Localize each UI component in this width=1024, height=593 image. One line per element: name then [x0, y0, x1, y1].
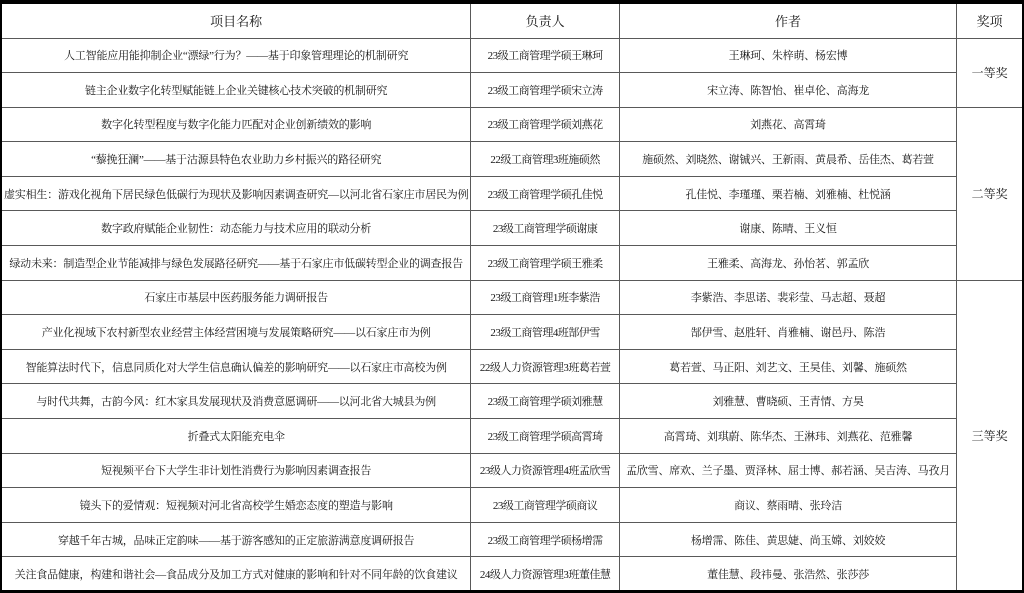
col-header-award: 奖项 [957, 2, 1023, 38]
leader-cell: 23级人力资源管理4班孟欣雪 [471, 453, 620, 488]
authors-cell: 商议、蔡雨晴、张玲洁 [619, 488, 956, 523]
table-row: 镜头下的爱情观：短视频对河北省高校学生婚恋态度的塑造与影响23级工商管理学硕商议… [1, 488, 1023, 523]
project-cell: “藜挽狂澜”——基于沽源县特色农业助力乡村振兴的路径研究 [1, 142, 471, 177]
table-row: “藜挽狂澜”——基于沽源县特色农业助力乡村振兴的路径研究22级工商管理3班施硕然… [1, 142, 1023, 177]
project-cell: 智能算法时代下，信息同质化对大学生信息确认偏差的影响研究——以石家庄市高校为例 [1, 349, 471, 384]
leader-cell: 22级工商管理3班施硕然 [471, 142, 620, 177]
project-cell: 数字化转型程度与数字化能力匹配对企业创新绩效的影响 [1, 107, 471, 142]
leader-cell: 23级工商管理学硕王琳珂 [471, 38, 620, 73]
authors-cell: 刘雅慧、曹晓硕、王青情、方昊 [619, 384, 956, 419]
authors-cell: 杨增霈、陈佳、黄思婕、尚玉嫦、刘姣姣 [619, 522, 956, 557]
table-row: 短视频平台下大学生非计划性消费行为影响因素调查报告23级人力资源管理4班孟欣雪孟… [1, 453, 1023, 488]
col-header-project: 项目名称 [1, 2, 471, 38]
project-cell: 穿越千年古城，品味正定韵味——基于游客感知的正定旅游满意度调研报告 [1, 522, 471, 557]
authors-cell: 刘燕花、高霄琦 [619, 107, 956, 142]
project-cell: 镜头下的爱情观：短视频对河北省高校学生婚恋态度的塑造与影响 [1, 488, 471, 523]
table-row: 与时代共舞，古韵今风：红木家具发展现状及消费意愿调研——以河北省大城县为例23级… [1, 384, 1023, 419]
col-header-leader: 负责人 [471, 2, 620, 38]
authors-cell: 李紫浩、李思诺、裴彩莹、马志超、聂超 [619, 280, 956, 315]
award-cell: 二等奖 [957, 107, 1023, 280]
leader-cell: 22级人力资源管理3班葛若萱 [471, 349, 620, 384]
authors-cell: 施硕然、刘晓然、谢铖兴、王新雨、黄晨希、岳佳杰、葛若萱 [619, 142, 956, 177]
awards-table: 项目名称负责人作者奖项 人工智能应用能抑制企业“漂绿”行为？——基于印象管理理论… [0, 0, 1024, 593]
authors-cell: 王雅柔、高海龙、孙怡茗、郭孟欣 [619, 246, 956, 281]
project-cell: 与时代共舞，古韵今风：红木家具发展现状及消费意愿调研——以河北省大城县为例 [1, 384, 471, 419]
leader-cell: 23级工商管理学硕谢康 [471, 211, 620, 246]
col-header-authors: 作者 [619, 2, 956, 38]
authors-cell: 葛若萱、马正阳、刘艺文、王昊佳、刘馨、施硕然 [619, 349, 956, 384]
table-row: 数字化转型程度与数字化能力匹配对企业创新绩效的影响23级工商管理学硕刘燕花刘燕花… [1, 107, 1023, 142]
table-row: 人工智能应用能抑制企业“漂绿”行为？——基于印象管理理论的机制研究23级工商管理… [1, 38, 1023, 73]
project-cell: 绿动未来：制造型企业节能减排与绿色发展路径研究——基于石家庄市低碳转型企业的调查… [1, 246, 471, 281]
leader-cell: 23级工商管理1班李紫浩 [471, 280, 620, 315]
leader-cell: 23级工商管理学硕刘雅慧 [471, 384, 620, 419]
table-row: 穿越千年古城，品味正定韵味——基于游客感知的正定旅游满意度调研报告23级工商管理… [1, 522, 1023, 557]
project-cell: 产业化视域下农村新型农业经营主体经营困境与发展策略研究——以石家庄市为例 [1, 315, 471, 350]
table-row: 链主企业数字化转型赋能链上企业关键核心技术突破的机制研究23级工商管理学硕宋立涛… [1, 73, 1023, 108]
table-row: 绿动未来：制造型企业节能减排与绿色发展路径研究——基于石家庄市低碳转型企业的调查… [1, 246, 1023, 281]
leader-cell: 23级工商管理4班郜伊雪 [471, 315, 620, 350]
authors-cell: 孔佳悦、李瑾瑾、栗若楠、刘雅楠、杜悦涵 [619, 176, 956, 211]
project-cell: 折叠式太阳能充电伞 [1, 419, 471, 454]
leader-cell: 23级工商管理学硕宋立涛 [471, 73, 620, 108]
project-cell: 关注食品健康，构建和谐社会—食品成分及加工方式对健康的影响和针对不同年龄的饮食建… [1, 557, 471, 592]
award-cell: 三等奖 [957, 280, 1023, 591]
leader-cell: 23级工商管理学硕高霄琦 [471, 419, 620, 454]
authors-cell: 董佳慧、段祎曼、张浩然、张莎莎 [619, 557, 956, 592]
table-row: 智能算法时代下，信息同质化对大学生信息确认偏差的影响研究——以石家庄市高校为例2… [1, 349, 1023, 384]
project-cell: 石家庄市基层中医药服务能力调研报告 [1, 280, 471, 315]
table-row: 数字政府赋能企业韧性：动态能力与技术应用的联动分析23级工商管理学硕谢康谢康、陈… [1, 211, 1023, 246]
table-row: 产业化视域下农村新型农业经营主体经营困境与发展策略研究——以石家庄市为例23级工… [1, 315, 1023, 350]
project-cell: 链主企业数字化转型赋能链上企业关键核心技术突破的机制研究 [1, 73, 471, 108]
project-cell: 短视频平台下大学生非计划性消费行为影响因素调查报告 [1, 453, 471, 488]
project-cell: 数字政府赋能企业韧性：动态能力与技术应用的联动分析 [1, 211, 471, 246]
leader-cell: 23级工商管理学硕杨增霈 [471, 522, 620, 557]
table-row: 关注食品健康，构建和谐社会—食品成分及加工方式对健康的影响和针对不同年龄的饮食建… [1, 557, 1023, 592]
leader-cell: 23级工商管理学硕孔佳悦 [471, 176, 620, 211]
leader-cell: 24级人力资源管理3班董佳慧 [471, 557, 620, 592]
authors-cell: 谢康、陈晴、王义恒 [619, 211, 956, 246]
leader-cell: 23级工商管理学硕王雅柔 [471, 246, 620, 281]
authors-cell: 郜伊雪、赵胜轩、肖雅楠、谢邑丹、陈浩 [619, 315, 956, 350]
project-cell: 人工智能应用能抑制企业“漂绿”行为？——基于印象管理理论的机制研究 [1, 38, 471, 73]
table-row: 石家庄市基层中医药服务能力调研报告23级工商管理1班李紫浩李紫浩、李思诺、裴彩莹… [1, 280, 1023, 315]
award-cell: 一等奖 [957, 38, 1023, 107]
header-row: 项目名称负责人作者奖项 [1, 2, 1023, 38]
authors-cell: 宋立涛、陈智怡、崔卓伦、高海龙 [619, 73, 956, 108]
leader-cell: 23级工商管理学硕刘燕花 [471, 107, 620, 142]
project-cell: 虚实相生：游戏化视角下居民绿色低碳行为现状及影响因素调查研究—以河北省石家庄市居… [1, 176, 471, 211]
authors-cell: 王琳珂、朱梓萌、杨宏博 [619, 38, 956, 73]
authors-cell: 孟欣雪、席欢、兰子墨、贾泽林、屈士博、郝若涵、吴吉涛、马孜月 [619, 453, 956, 488]
leader-cell: 23级工商管理学硕商议 [471, 488, 620, 523]
table-row: 折叠式太阳能充电伞23级工商管理学硕高霄琦高霄琦、刘琪蔚、陈华杰、王淋玮、刘燕花… [1, 419, 1023, 454]
table-row: 虚实相生：游戏化视角下居民绿色低碳行为现状及影响因素调查研究—以河北省石家庄市居… [1, 176, 1023, 211]
authors-cell: 高霄琦、刘琪蔚、陈华杰、王淋玮、刘燕花、范雅馨 [619, 419, 956, 454]
